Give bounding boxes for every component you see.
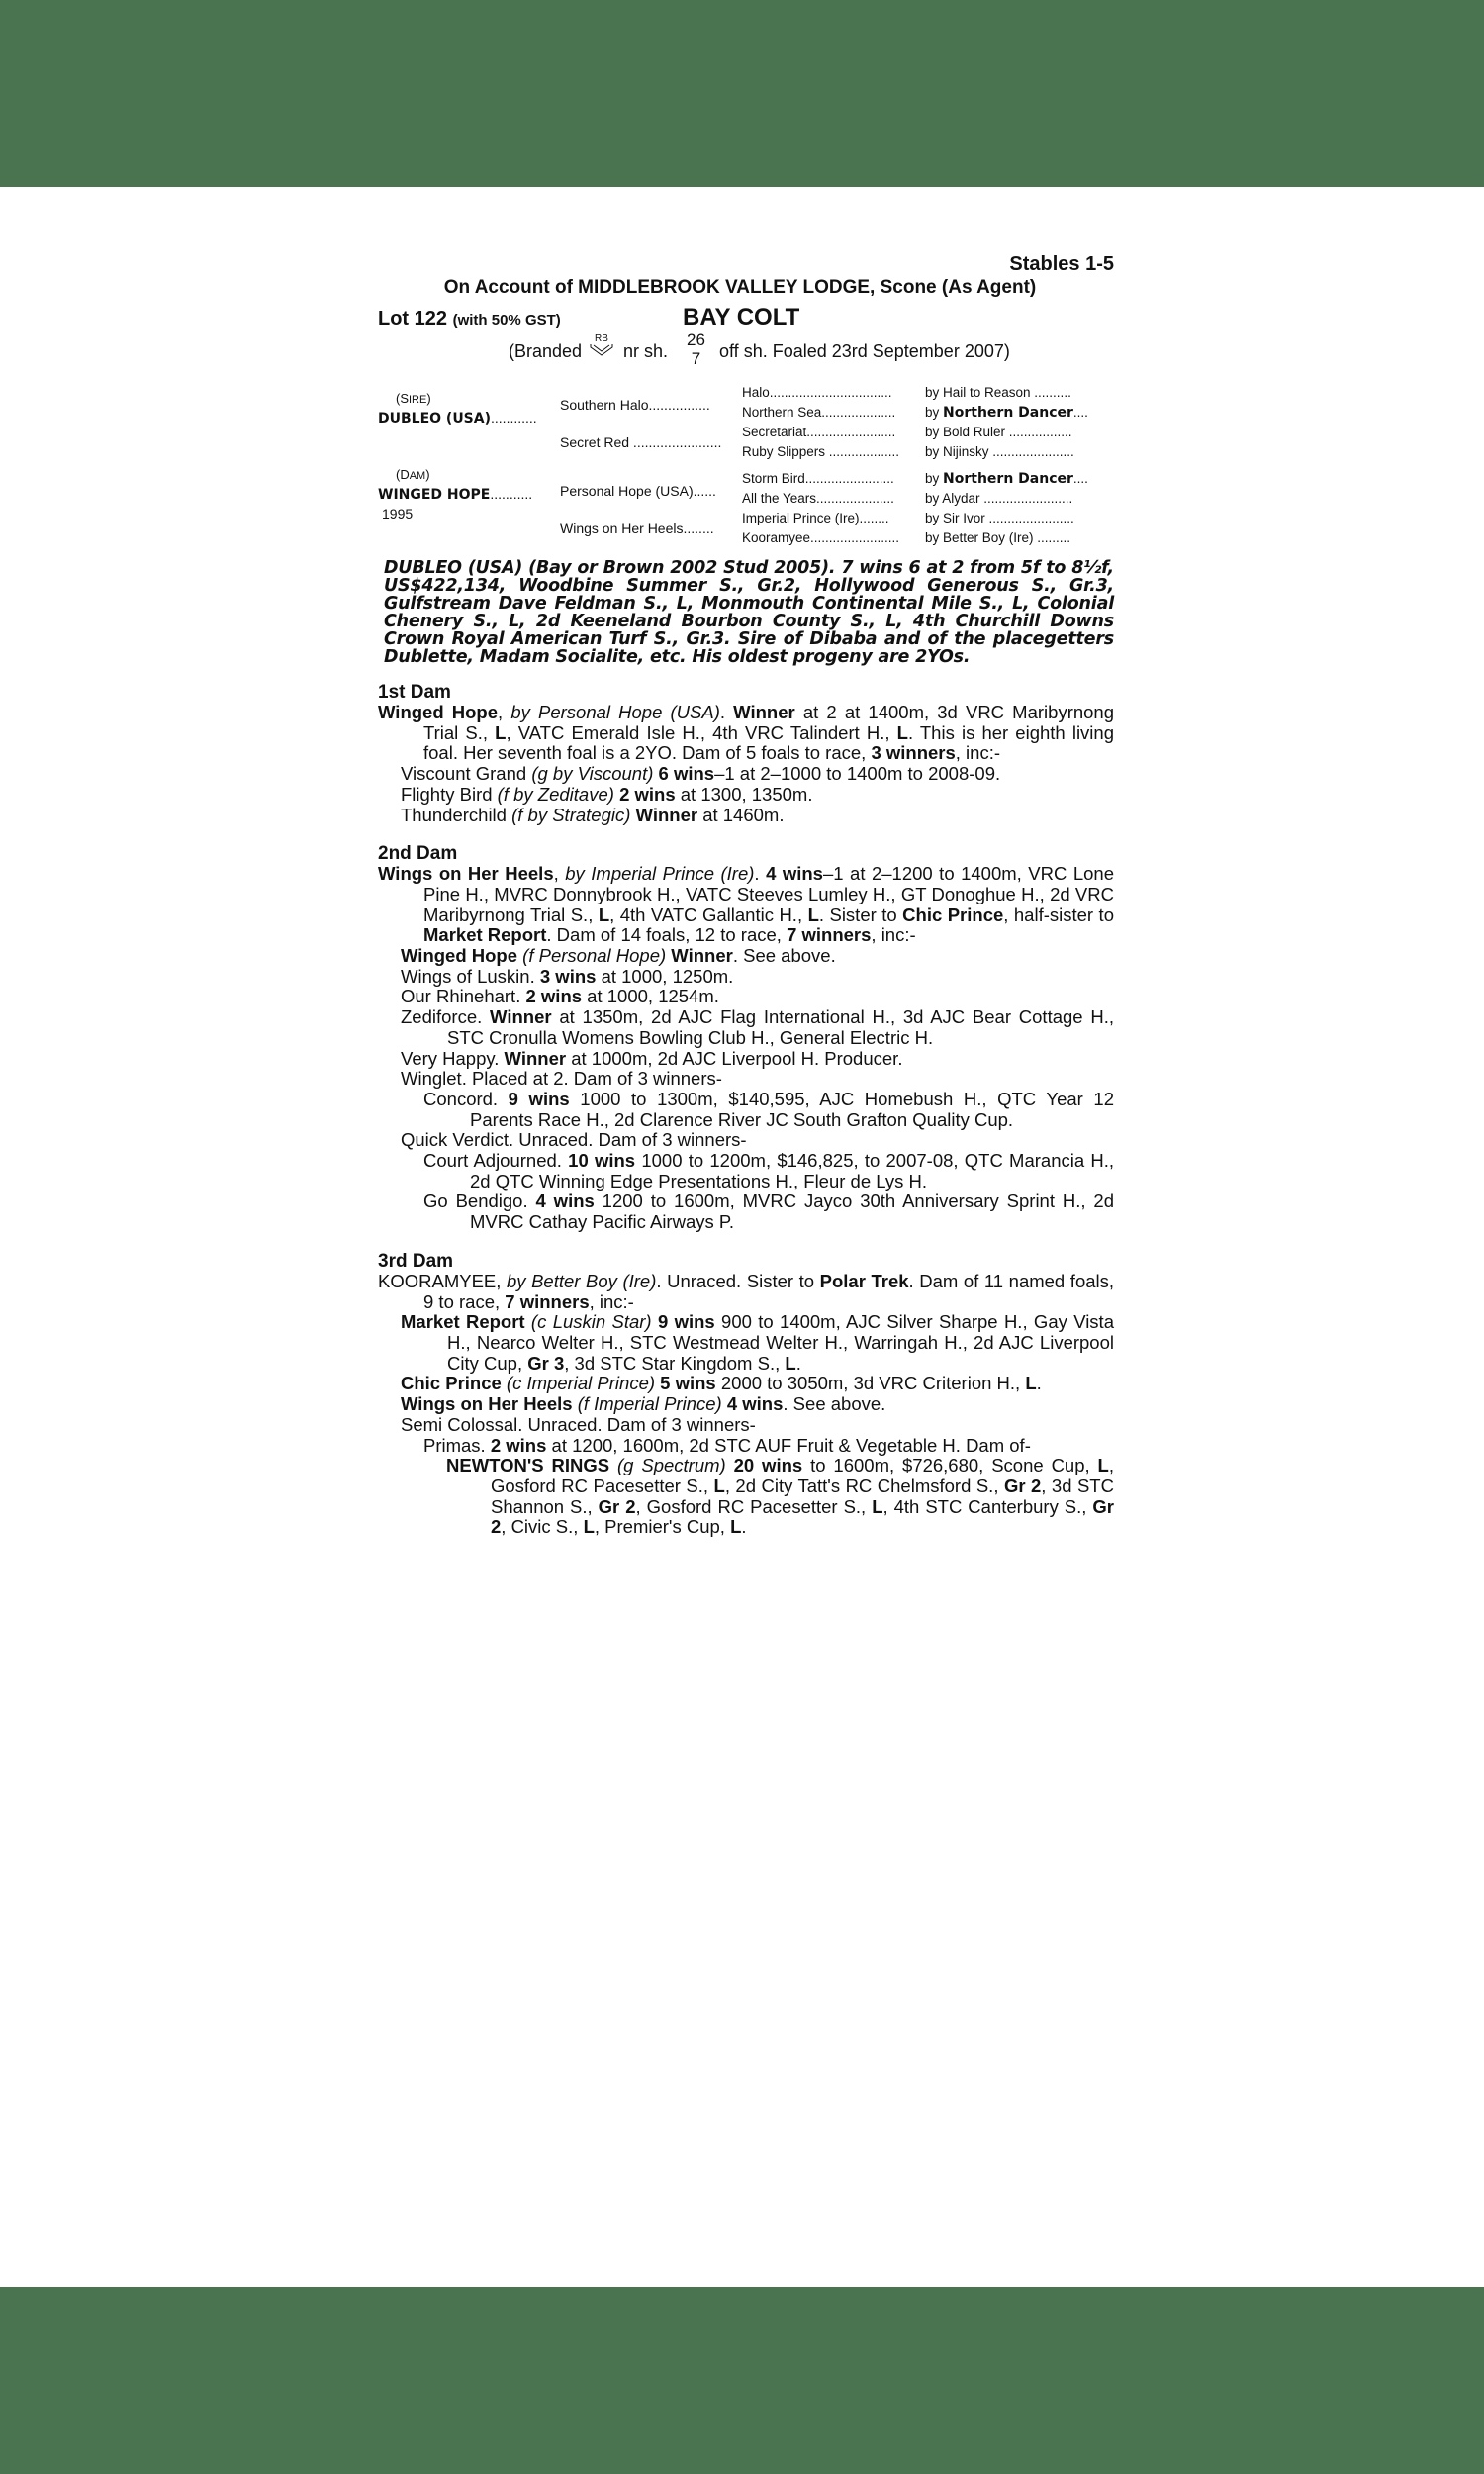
brand-mark-icon: RB [588, 332, 615, 359]
second-dam-paragraph: Wings on Her Heels, by Imperial Prince (… [378, 864, 1114, 946]
text: . [1037, 1373, 1042, 1393]
pedigree-gen3-6: All the Years..................... [742, 491, 894, 506]
pedigree-gen2-3: Personal Hope (USA)...... [560, 483, 716, 499]
gen4-text: by Hail to Reason .......... [925, 385, 1071, 400]
lot-number-text: Lot 122 [378, 308, 447, 330]
branded-suffix: off sh. Foaled 23rd September 2007) [719, 341, 1010, 362]
dam-sire: by Personal Hope (USA) [510, 702, 720, 722]
listed-badge: L [808, 904, 819, 925]
gen4-dots: .... [1073, 471, 1088, 486]
gen4-text: by Sir Ivor ....................... [925, 511, 1074, 525]
progeny-name: Wings on Her Heels [401, 1393, 573, 1414]
grand-progeny-item: Concord. 9 wins 1000 to 1300m, $140,595,… [378, 1090, 1114, 1130]
top-green-band [0, 0, 1484, 187]
listed-badge: L [730, 1516, 741, 1537]
progeny-record: at 1000m, 2d AJC Liverpool H. Producer. [566, 1048, 902, 1069]
text: , half-sister to [1003, 904, 1114, 925]
text: . Sister to [819, 904, 902, 925]
progeny-record: , 3d STC Star Kingdom S., [564, 1353, 785, 1374]
progeny-name: Primas. [423, 1435, 491, 1456]
progeny-sex: (c Luskin Star) [525, 1311, 658, 1332]
progeny-item: Market Report (c Luskin Star) 9 wins 900… [378, 1312, 1114, 1374]
first-dam-paragraph: Winged Hope, by Personal Hope (USA). Win… [378, 703, 1114, 764]
first-dam-heading: 1st Dam [378, 682, 1114, 703]
progeny-record: . See above. [783, 1393, 885, 1414]
gen4-bold: Northern Dancer [943, 471, 1073, 487]
pedigree-gen3-3: Secretariat........................ [742, 425, 895, 439]
dam-sire: by Imperial Prince (Ire) [565, 863, 754, 884]
listed-badge: L [872, 1496, 882, 1517]
progeny-wins: 10 wins [568, 1150, 635, 1171]
pedigree-gen3-7: Imperial Prince (Ire)........ [742, 511, 889, 525]
progeny-sex: (f Imperial Prince) [573, 1393, 727, 1414]
progeny-item: Zediforce. Winner at 1350m, 2d AJC Flag … [378, 1007, 1114, 1048]
pedigree-gen2-4: Wings on Her Heels........ [560, 521, 714, 536]
text: . [796, 1353, 801, 1374]
pedigree-gen3-1: Halo................................. [742, 385, 892, 400]
progeny-record: at 1200, 1600m, 2d STC AUF Fruit & Veget… [546, 1435, 1030, 1456]
group-badge: Gr 2 [599, 1496, 636, 1517]
gen4-text: by Better Boy (Ire) ......... [925, 530, 1070, 545]
svg-text:RB: RB [595, 333, 608, 344]
progeny-item: Semi Colossal. Unraced. Dam of 3 winners… [378, 1415, 1114, 1436]
text: . Dam of 14 foals, 12 to race, [546, 924, 787, 945]
second-dam-section: 2nd Dam Wings on Her Heels, by Imperial … [378, 843, 1114, 1233]
progeny-wins: 6 wins [659, 763, 715, 784]
progeny-wins: Winner [490, 1006, 552, 1027]
progeny-name: Flighty Bird [401, 784, 498, 805]
pedigree-gen3-4: Ruby Slippers ................... [742, 444, 899, 459]
sire-name: DUBLEO (USA)............ [378, 410, 537, 427]
listed-badge: L [897, 722, 908, 743]
progeny-item: Winglet. Placed at 2. Dam of 3 winners- [378, 1069, 1114, 1090]
pedigree-gen4-6: by Alydar ........................ [925, 491, 1072, 506]
progeny-wins: 4 wins [727, 1393, 784, 1414]
winners-count: 7 winners [505, 1291, 589, 1312]
progeny-item: Our Rhinehart. 2 wins at 1000, 1254m. [378, 987, 1114, 1007]
branded-prefix: (Branded [509, 341, 582, 362]
grand-progeny-item: Court Adjourned. 10 wins 1000 to 1200m, … [378, 1151, 1114, 1191]
progeny-record: 2000 to 3050m, 3d VRC Criterion H., [716, 1373, 1026, 1393]
second-dam-heading: 2nd Dam [378, 843, 1114, 864]
third-dam-paragraph: KOORAMYEE, by Better Boy (Ire). Unraced.… [378, 1272, 1114, 1312]
text: , 2d City Tatt's RC Chelmsford S., [725, 1475, 1004, 1496]
dam-name: Wings on Her Heels [378, 863, 554, 884]
stables-label: Stables 1-5 [378, 252, 1114, 276]
progeny-wins: 9 wins [658, 1311, 715, 1332]
progeny-name: Concord. [423, 1089, 509, 1109]
horse-description: BAY COLT [683, 304, 799, 332]
progeny-record: at 1000, 1250m. [596, 966, 733, 987]
brand-number: 267 [687, 331, 705, 368]
pedigree-gen4-8: by Better Boy (Ire) ......... [925, 530, 1070, 545]
progeny-wins: Winner [636, 805, 698, 825]
progeny-name: Market Report [401, 1311, 525, 1332]
pedigree-gen3-8: Kooramyee........................ [742, 530, 899, 545]
progeny-item: Very Happy. Winner at 1000m, 2d AJC Live… [378, 1049, 1114, 1070]
progeny-sex: (c Imperial Prince) [502, 1373, 660, 1393]
pedigree-gen4-5: by Northern Dancer.... [925, 471, 1088, 487]
text: , 4th STC Canterbury S., [883, 1496, 1093, 1517]
progeny-wins: 2 wins [525, 986, 582, 1006]
text: , inc:- [956, 742, 1000, 763]
progeny-wins: 9 wins [509, 1089, 570, 1109]
progeny-wins: 2 wins [491, 1435, 547, 1456]
lot-line: Lot 122 (with 50% GST) BAY COLT [378, 304, 1114, 333]
vendor-account: On Account of MIDDLEBROOK VALLEY LODGE, … [366, 276, 1114, 300]
text: . Unraced. Sister to [656, 1271, 819, 1291]
progeny-item: Winged Hope (f Personal Hope) Winner. Se… [378, 946, 1114, 967]
progeny-sex: (f Personal Hope) [517, 945, 671, 966]
dam-name: KOORAMYEE [378, 1271, 496, 1291]
listed-badge: L [1025, 1373, 1036, 1393]
great-grand-progeny-item: NEWTON'S RINGS (g Spectrum) 20 wins to 1… [378, 1456, 1114, 1538]
pedigree-gen3-2: Northern Sea.................... [742, 405, 895, 420]
progeny-item: Chic Prince (c Imperial Prince) 5 wins 2… [378, 1374, 1114, 1394]
sibling-name: Chic Prince [902, 904, 1003, 925]
pedigree-gen4-1: by Hail to Reason .......... [925, 385, 1071, 400]
progeny-sex: (f by Zeditave) [498, 784, 619, 805]
grand-progeny-item: Go Bendigo. 4 wins 1200 to 1600m, MVRC J… [378, 1191, 1114, 1232]
progeny-item: Wings of Luskin. 3 wins at 1000, 1250m. [378, 967, 1114, 988]
winners-count: 7 winners [787, 924, 871, 945]
pedigree-gen4-7: by Sir Ivor ....................... [925, 511, 1074, 525]
lot-number: Lot 122 (with 50% GST) [378, 308, 561, 331]
progeny-item: Wings on Her Heels (f Imperial Prince) 4… [378, 1394, 1114, 1415]
gen4-dots: .... [1073, 405, 1088, 420]
progeny-name: Winged Hope [401, 945, 517, 966]
gen4-bold: Northern Dancer [943, 405, 1073, 421]
text: , Civic S., [501, 1516, 583, 1537]
sibling-name: Market Report [423, 924, 546, 945]
dam-name: WINGED HOPE........... [378, 486, 532, 503]
sire-label: (SIRE) [396, 391, 431, 406]
progeny-name: NEWTON'S RINGS [446, 1455, 609, 1475]
sire-name-text: DUBLEO (USA) [378, 411, 491, 427]
sire-summary: DUBLEO (USA) (Bay or Brown 2002 Stud 200… [384, 559, 1114, 666]
gen4-text: by Nijinsky ...................... [925, 444, 1074, 459]
progeny-name: Thunderchild [401, 805, 511, 825]
branded-mid: nr sh. [623, 341, 668, 362]
progeny-record: . See above. [733, 945, 836, 966]
progeny-wins: 5 wins [660, 1373, 716, 1393]
gen4-text: by Alydar ........................ [925, 491, 1072, 506]
progeny-item: Flighty Bird (f by Zeditave) 2 wins at 1… [378, 785, 1114, 806]
gen4-text: by [925, 471, 943, 486]
text: , Premier's Cup, [595, 1516, 730, 1537]
pedigree-gen2-2: Secret Red ....................... [560, 434, 721, 450]
sire-dots: ............ [491, 410, 537, 426]
dam-dots: ........... [490, 486, 532, 502]
brand-number-top: 26 [687, 331, 705, 349]
listed-badge: L [495, 722, 506, 743]
grand-progeny-item: Primas. 2 wins at 1200, 1600m, 2d STC AU… [378, 1436, 1114, 1457]
dam-name-text: WINGED HOPE [378, 487, 490, 503]
text: , Gosford RC Pacesetter S., [636, 1496, 873, 1517]
progeny-record: at 1000, 1254m. [582, 986, 719, 1006]
group-badge: Gr 3 [527, 1353, 564, 1374]
pedigree-gen2-1: Southern Halo................ [560, 397, 710, 413]
progeny-name: Viscount Grand [401, 763, 531, 784]
sale-catalogue-page: Stables 1-5 On Account of MIDDLEBROOK VA… [378, 252, 1114, 1538]
gen4-text: by [925, 405, 943, 420]
group-badge: Gr 2 [1004, 1475, 1041, 1496]
dam-sire: by Better Boy (Ire) [507, 1271, 656, 1291]
progeny-name: Court Adjourned. [423, 1150, 568, 1171]
pedigree-gen3-5: Storm Bird........................ [742, 471, 894, 486]
progeny-item: Viscount Grand (g by Viscount) 6 wins–1 … [378, 764, 1114, 785]
listed-badge: L [785, 1353, 795, 1374]
progeny-name: Go Bendigo. [423, 1190, 536, 1211]
progeny-name: Zediforce. [401, 1006, 490, 1027]
listed-badge: L [584, 1516, 595, 1537]
winners-count: 3 winners [871, 742, 955, 763]
text: . [741, 1516, 746, 1537]
text: , 4th VATC Gallantic H., [609, 904, 807, 925]
progeny-name: Very Happy. [401, 1048, 505, 1069]
pedigree-gen4-2: by Northern Dancer.... [925, 405, 1088, 421]
progeny-wins: Winner [505, 1048, 567, 1069]
brand-number-bottom: 7 [692, 349, 700, 368]
progeny-sex: (f by Strategic) [511, 805, 635, 825]
pedigree-table: (SIRE) DUBLEO (USA)............ (DAM) WI… [378, 377, 1114, 545]
progeny-wins: 2 wins [619, 784, 676, 805]
progeny-wins: 20 wins [734, 1455, 803, 1475]
dam-label: (DAM) [396, 467, 430, 482]
dam-name: Winged Hope [378, 702, 498, 722]
progeny-sex: (g by Viscount) [531, 763, 658, 784]
text: , inc:- [590, 1291, 634, 1312]
progeny-item: Quick Verdict. Unraced. Dam of 3 winners… [378, 1130, 1114, 1151]
pedigree-gen4-3: by Bold Ruler ................. [925, 425, 1072, 439]
race-record: Winner [733, 702, 795, 722]
progeny-wins: 3 wins [540, 966, 597, 987]
progeny-record: –1 at 2–1000 to 1400m to 2008-09. [714, 763, 1000, 784]
listed-badge: L [714, 1475, 725, 1496]
listed-badge: L [1098, 1455, 1109, 1475]
text: , inc:- [871, 924, 915, 945]
progeny-wins: 4 wins [536, 1190, 595, 1211]
progeny-name: Wings of Luskin. [401, 966, 540, 987]
dam-year: 1995 [382, 506, 413, 522]
text: , VATC Emerald Isle H., 4th VRC Talinder… [506, 722, 896, 743]
pedigree-gen4-4: by Nijinsky ...................... [925, 444, 1074, 459]
progeny-item: Thunderchild (f by Strategic) Winner at … [378, 806, 1114, 826]
progeny-record: at 1300, 1350m. [676, 784, 813, 805]
brand-line: (Branded RB nr sh. 267 off sh. Foaled 23… [378, 333, 1114, 373]
sibling-name: Polar Trek [820, 1271, 909, 1291]
progeny-sex: (g Spectrum) [609, 1455, 733, 1475]
third-dam-section: 3rd Dam KOORAMYEE, by Better Boy (Ire). … [378, 1251, 1114, 1538]
progeny-name: Chic Prince [401, 1373, 502, 1393]
text: to 1600m, $726,680, Scone Cup, [802, 1455, 1097, 1475]
listed-badge: L [599, 904, 609, 925]
bottom-green-band [0, 2287, 1484, 2474]
race-record: 4 wins [766, 863, 823, 884]
progeny-record: at 1460m. [697, 805, 784, 825]
gen4-text: by Bold Ruler ................. [925, 425, 1072, 439]
progeny-wins: Winner [671, 945, 733, 966]
progeny-name: Our Rhinehart. [401, 986, 525, 1006]
first-dam-section: 1st Dam Winged Hope, by Personal Hope (U… [378, 682, 1114, 825]
lot-gst-note: (with 50% GST) [453, 312, 561, 329]
third-dam-heading: 3rd Dam [378, 1251, 1114, 1272]
